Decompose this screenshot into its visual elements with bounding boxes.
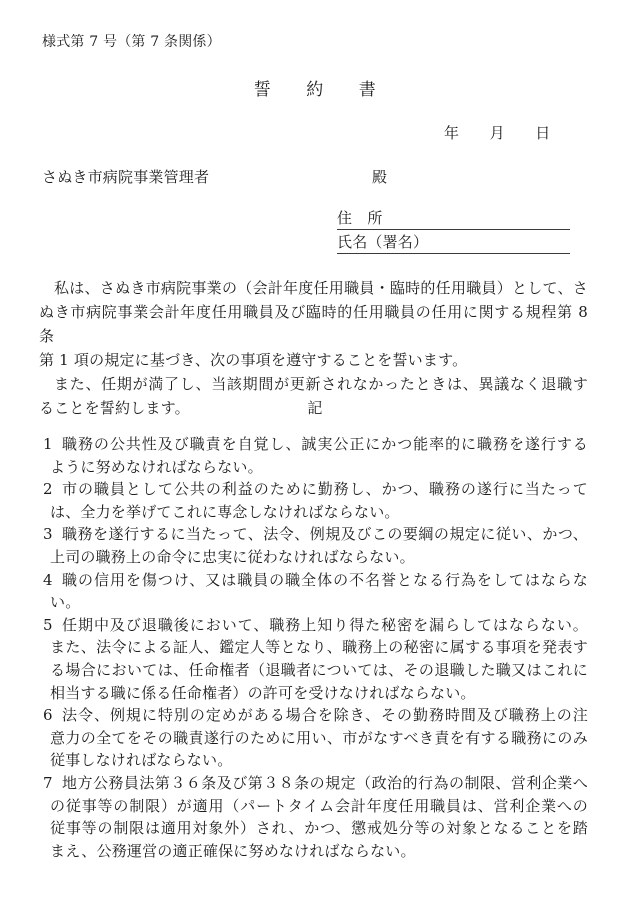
item-number: 6 xyxy=(43,704,53,727)
pledge-items: 1職務の公共性及び職責を自覚し、誠実公正にかつ能率的に職務を遂行するように努めな… xyxy=(39,433,588,862)
pledge-item: 4職の信用を傷つけ、又は職員の職全体の不名誉となる行為をしてはならない。 xyxy=(39,569,588,614)
item-line: 職務の公共性及び職責を自覚し、誠実公正にかつ能率的に職務を遂行する xyxy=(50,433,588,456)
item-number: 5 xyxy=(43,614,53,637)
name-label: 氏名（署名） xyxy=(337,233,428,251)
signature-fields: 住 所 氏名（署名） xyxy=(337,208,570,256)
pledge-item: 2市の職員として公共の利益のために勤務し、かつ、職務の遂行に当たっては、全力を挙… xyxy=(39,478,588,523)
pledge-item: 7地方公務員法第３６条及び第３８条の規定（政治的行為の制限、営利企業への従事等の… xyxy=(39,772,588,862)
document-title: 誓 約 書 xyxy=(0,75,630,100)
item-line: 上司の職務上の命令に忠実に従わなければならない。 xyxy=(50,546,588,569)
pledge-item: 5任期中及び退職後において、職務上知り得た秘密を漏らしてはならない。また、法令に… xyxy=(39,614,588,704)
pledge-item: 6法令、例規に特別の定めがある場合を除き、その勤務時間及び職務上の注意力の全てを… xyxy=(39,704,588,772)
item-line: まえ、公務運営の適正確保に努めなければならない。 xyxy=(50,840,588,863)
item-line: また、法令による証人、鑑定人等となり、職務上の秘密に属する事項を発表す xyxy=(50,636,588,659)
item-number: 4 xyxy=(43,569,53,592)
item-line: の従事等の制限）が適用（パートタイム会計年度任用職員は、営利企業への xyxy=(50,795,588,818)
item-number: 7 xyxy=(43,772,53,795)
paragraph-line: また、任期が満了し、当該期間が更新されなかったときは、異議なく退職す xyxy=(39,372,588,396)
item-line: 任期中及び退職後において、職務上知り得た秘密を漏らしてはならない。 xyxy=(50,614,588,637)
name-field: 氏名（署名） xyxy=(337,232,570,254)
item-line: ように努めなければならない。 xyxy=(50,456,588,479)
ki-heading: 記 xyxy=(0,396,630,420)
recipient-honorific: 殿 xyxy=(372,166,387,187)
date-line: 年 月 日 xyxy=(444,122,550,143)
item-line: 従事等の制限は適用対象外）され、かつ、懲戒処分等の対象となることを踏 xyxy=(50,817,588,840)
pledge-item: 3職務を遂行するに当たって、法令、例規及びこの要綱の規定に従い、かつ、上司の職務… xyxy=(39,523,588,568)
item-line: る場合においては、任命権者（退職者については、その退職した職又はこれに xyxy=(50,659,588,682)
item-line: 相当する職に係る任命権者）の許可を受けなければならない。 xyxy=(50,682,588,705)
paragraph-line: 第 1 項の規定に基づき、次の事項を遵守することを誓います。 xyxy=(39,348,588,372)
item-number: 1 xyxy=(43,433,53,456)
item-line: 従事しなければならない。 xyxy=(50,749,588,772)
item-line: 地方公務員法第３６条及び第３８条の規定（政治的行為の制限、営利企業へ xyxy=(50,772,588,795)
paragraph-line: 私は、さぬき市病院事業の（会計年度任用職員・臨時的任用職員）として、さ xyxy=(39,276,588,300)
item-line: 意力の全てをその職責遂行のために用い、市がなすべき責を有する職務にのみ xyxy=(50,727,588,750)
recipient-line: さぬき市病院事業管理者 殿 xyxy=(42,166,591,186)
item-line: は、全力を挙げてこれに専念しなければならない。 xyxy=(50,501,588,524)
item-number: 2 xyxy=(43,478,53,501)
form-number: 様式第 7 号（第 7 条関係） xyxy=(42,31,221,51)
paragraph-line: ぬき市病院事業会計年度任用職員及び臨時的任用職員の任用に関する規程第 8 条 xyxy=(39,300,588,348)
item-line: い。 xyxy=(50,591,588,614)
address-field: 住 所 xyxy=(337,208,570,230)
recipient-name: さぬき市病院事業管理者 xyxy=(42,168,209,186)
pledge-item: 1職務の公共性及び職責を自覚し、誠実公正にかつ能率的に職務を遂行するように努めな… xyxy=(39,433,588,478)
item-line: 市の職員として公共の利益のために勤務し、かつ、職務の遂行に当たって xyxy=(50,478,588,501)
item-line: 法令、例規に特別の定めがある場合を除き、その勤務時間及び職務上の注 xyxy=(50,704,588,727)
address-label: 住 所 xyxy=(337,209,383,227)
document-page: 様式第 7 号（第 7 条関係） 誓 約 書 年 月 日 さぬき市病院事業管理者… xyxy=(0,0,630,903)
item-line: 職務を遂行するに当たって、法令、例規及びこの要綱の規定に従い、かつ、 xyxy=(50,523,588,546)
item-line: 職の信用を傷つけ、又は職員の職全体の不名誉となる行為をしてはならな xyxy=(50,569,588,592)
item-number: 3 xyxy=(43,523,53,546)
